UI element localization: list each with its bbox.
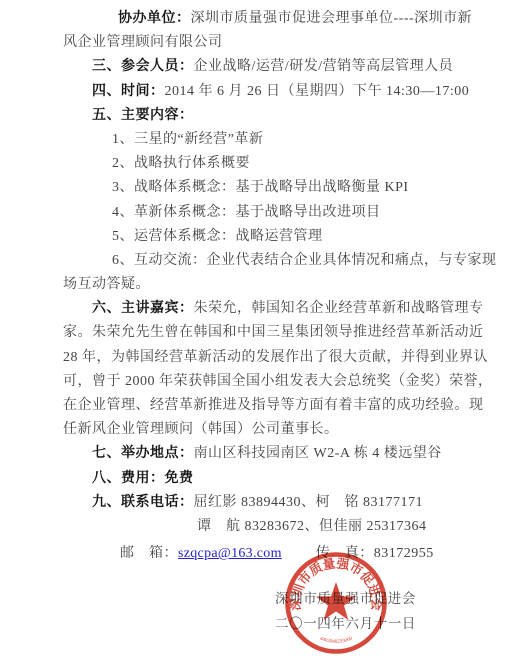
doc-line-phone-continuation: 谭 航 83283672、但佳丽 25317364 <box>63 515 483 539</box>
signature-block: 深圳市质量强市促进会 二〇一四年六月十一日 <box>275 586 416 636</box>
email-label: 邮 箱： <box>120 546 178 561</box>
doc-line-continuation: 风企业管理顾问有限公司 <box>63 31 483 55</box>
doc-line-agenda-3: 3、战略体系概念：基于战略导出战略衡量 KPI <box>63 176 483 200</box>
doc-line-speaker: 六、主讲嘉宾：朱荣允，韩国知名企业经营革新和战略管理专 <box>63 297 483 321</box>
field-value: 屈红影 83894430、柯 铭 83177171 <box>194 495 424 510</box>
document-page: 协办单位：深圳市质量强市促进会理事单位----深圳市新 风企业管理顾问有限公司 … <box>0 0 526 667</box>
field-value: 深圳市质量强市促进会理事单位----深圳市新 <box>191 11 473 26</box>
doc-line-phone: 九、联系电话：屈红影 83894430、柯 铭 83177171 <box>63 491 483 515</box>
seal-serial: 4403040235060 <box>319 636 354 645</box>
doc-line-co-organizer: 协办单位：深圳市质量强市促进会理事单位----深圳市新 <box>63 7 483 31</box>
signature-date: 二〇一四年六月十一日 <box>275 611 416 636</box>
doc-line-continuation: 任新风企业管理顾问（韩国）公司董事长。 <box>63 418 483 442</box>
field-label: 四、时间： <box>92 84 165 99</box>
doc-line-continuation: 可，曾于 2000 年荣获韩国全国小组发表大会总统奖（金奖）荣誉， <box>63 370 483 394</box>
field-value: 南山区科技园南区 W2-A 栋 4 楼远望谷 <box>194 446 442 461</box>
field-label: 八、费用：免费 <box>92 471 194 486</box>
fax-number: 83172955 <box>374 546 434 561</box>
doc-line-agenda-6: 6、互动交流：企业代表结合企业具体情况和痛点，与专家现 <box>63 249 483 273</box>
signature-org: 深圳市质量强市促进会 <box>275 586 416 611</box>
field-value: 朱荣允，韩国知名企业经营革新和战略管理专 <box>194 301 484 316</box>
doc-line-continuation: 家。朱荣允先生曾在韩国和中国三星集团领导推进经营革新活动近 <box>63 321 483 345</box>
doc-line-continuation: 在企业管理、经营革新推进及指导等方面有着丰富的成功经验。现 <box>63 394 483 418</box>
doc-line-continuation: 场互动答疑。 <box>63 273 483 297</box>
doc-line-time: 四、时间：2014 年 6 月 26 日（星期四）下午 14:30—17:00 <box>63 80 483 104</box>
field-label: 七、举办地点： <box>92 446 194 461</box>
doc-line-main-content-heading: 五、主要内容： <box>63 104 483 128</box>
fax-label: 传 真： <box>316 546 374 561</box>
doc-line-continuation: 28 年，为韩国经营革新活动的发展作出了很大贡献，并得到业界认 <box>63 346 483 370</box>
doc-line-venue: 七、举办地点：南山区科技园南区 W2-A 栋 4 楼远望谷 <box>63 442 483 466</box>
doc-line-fee: 八、费用：免费 <box>63 467 483 491</box>
field-label: 三、参会人员： <box>92 59 194 74</box>
field-label: 协办单位： <box>118 11 191 26</box>
doc-line-agenda-1: 1、三星的“新经营”革新 <box>63 128 483 152</box>
field-value: 2014 年 6 月 26 日（星期四）下午 14:30—17:00 <box>165 84 470 99</box>
email-link[interactable]: szqcpa@163.com <box>178 546 282 561</box>
doc-line-attendees: 三、参会人员：企业战略/运营/研发/营销等高层管理人员 <box>63 55 483 79</box>
doc-line-agenda-5: 5、运营体系概念：战略运营管理 <box>63 225 483 249</box>
doc-line-email-fax: 邮 箱：szqcpa@163.com传 真：83172955 <box>63 542 483 566</box>
document-body: 协办单位：深圳市质量强市促进会理事单位----深圳市新 风企业管理顾问有限公司 … <box>63 7 483 566</box>
field-label: 五、主要内容： <box>92 108 194 123</box>
field-label: 六、主讲嘉宾： <box>92 301 194 316</box>
field-label: 九、联系电话： <box>92 495 194 510</box>
field-value: 企业战略/运营/研发/营销等高层管理人员 <box>194 59 454 74</box>
doc-line-agenda-2: 2、战略执行体系概要 <box>63 152 483 176</box>
doc-line-agenda-4: 4、革新体系概念：基于战略导出改进项目 <box>63 201 483 225</box>
